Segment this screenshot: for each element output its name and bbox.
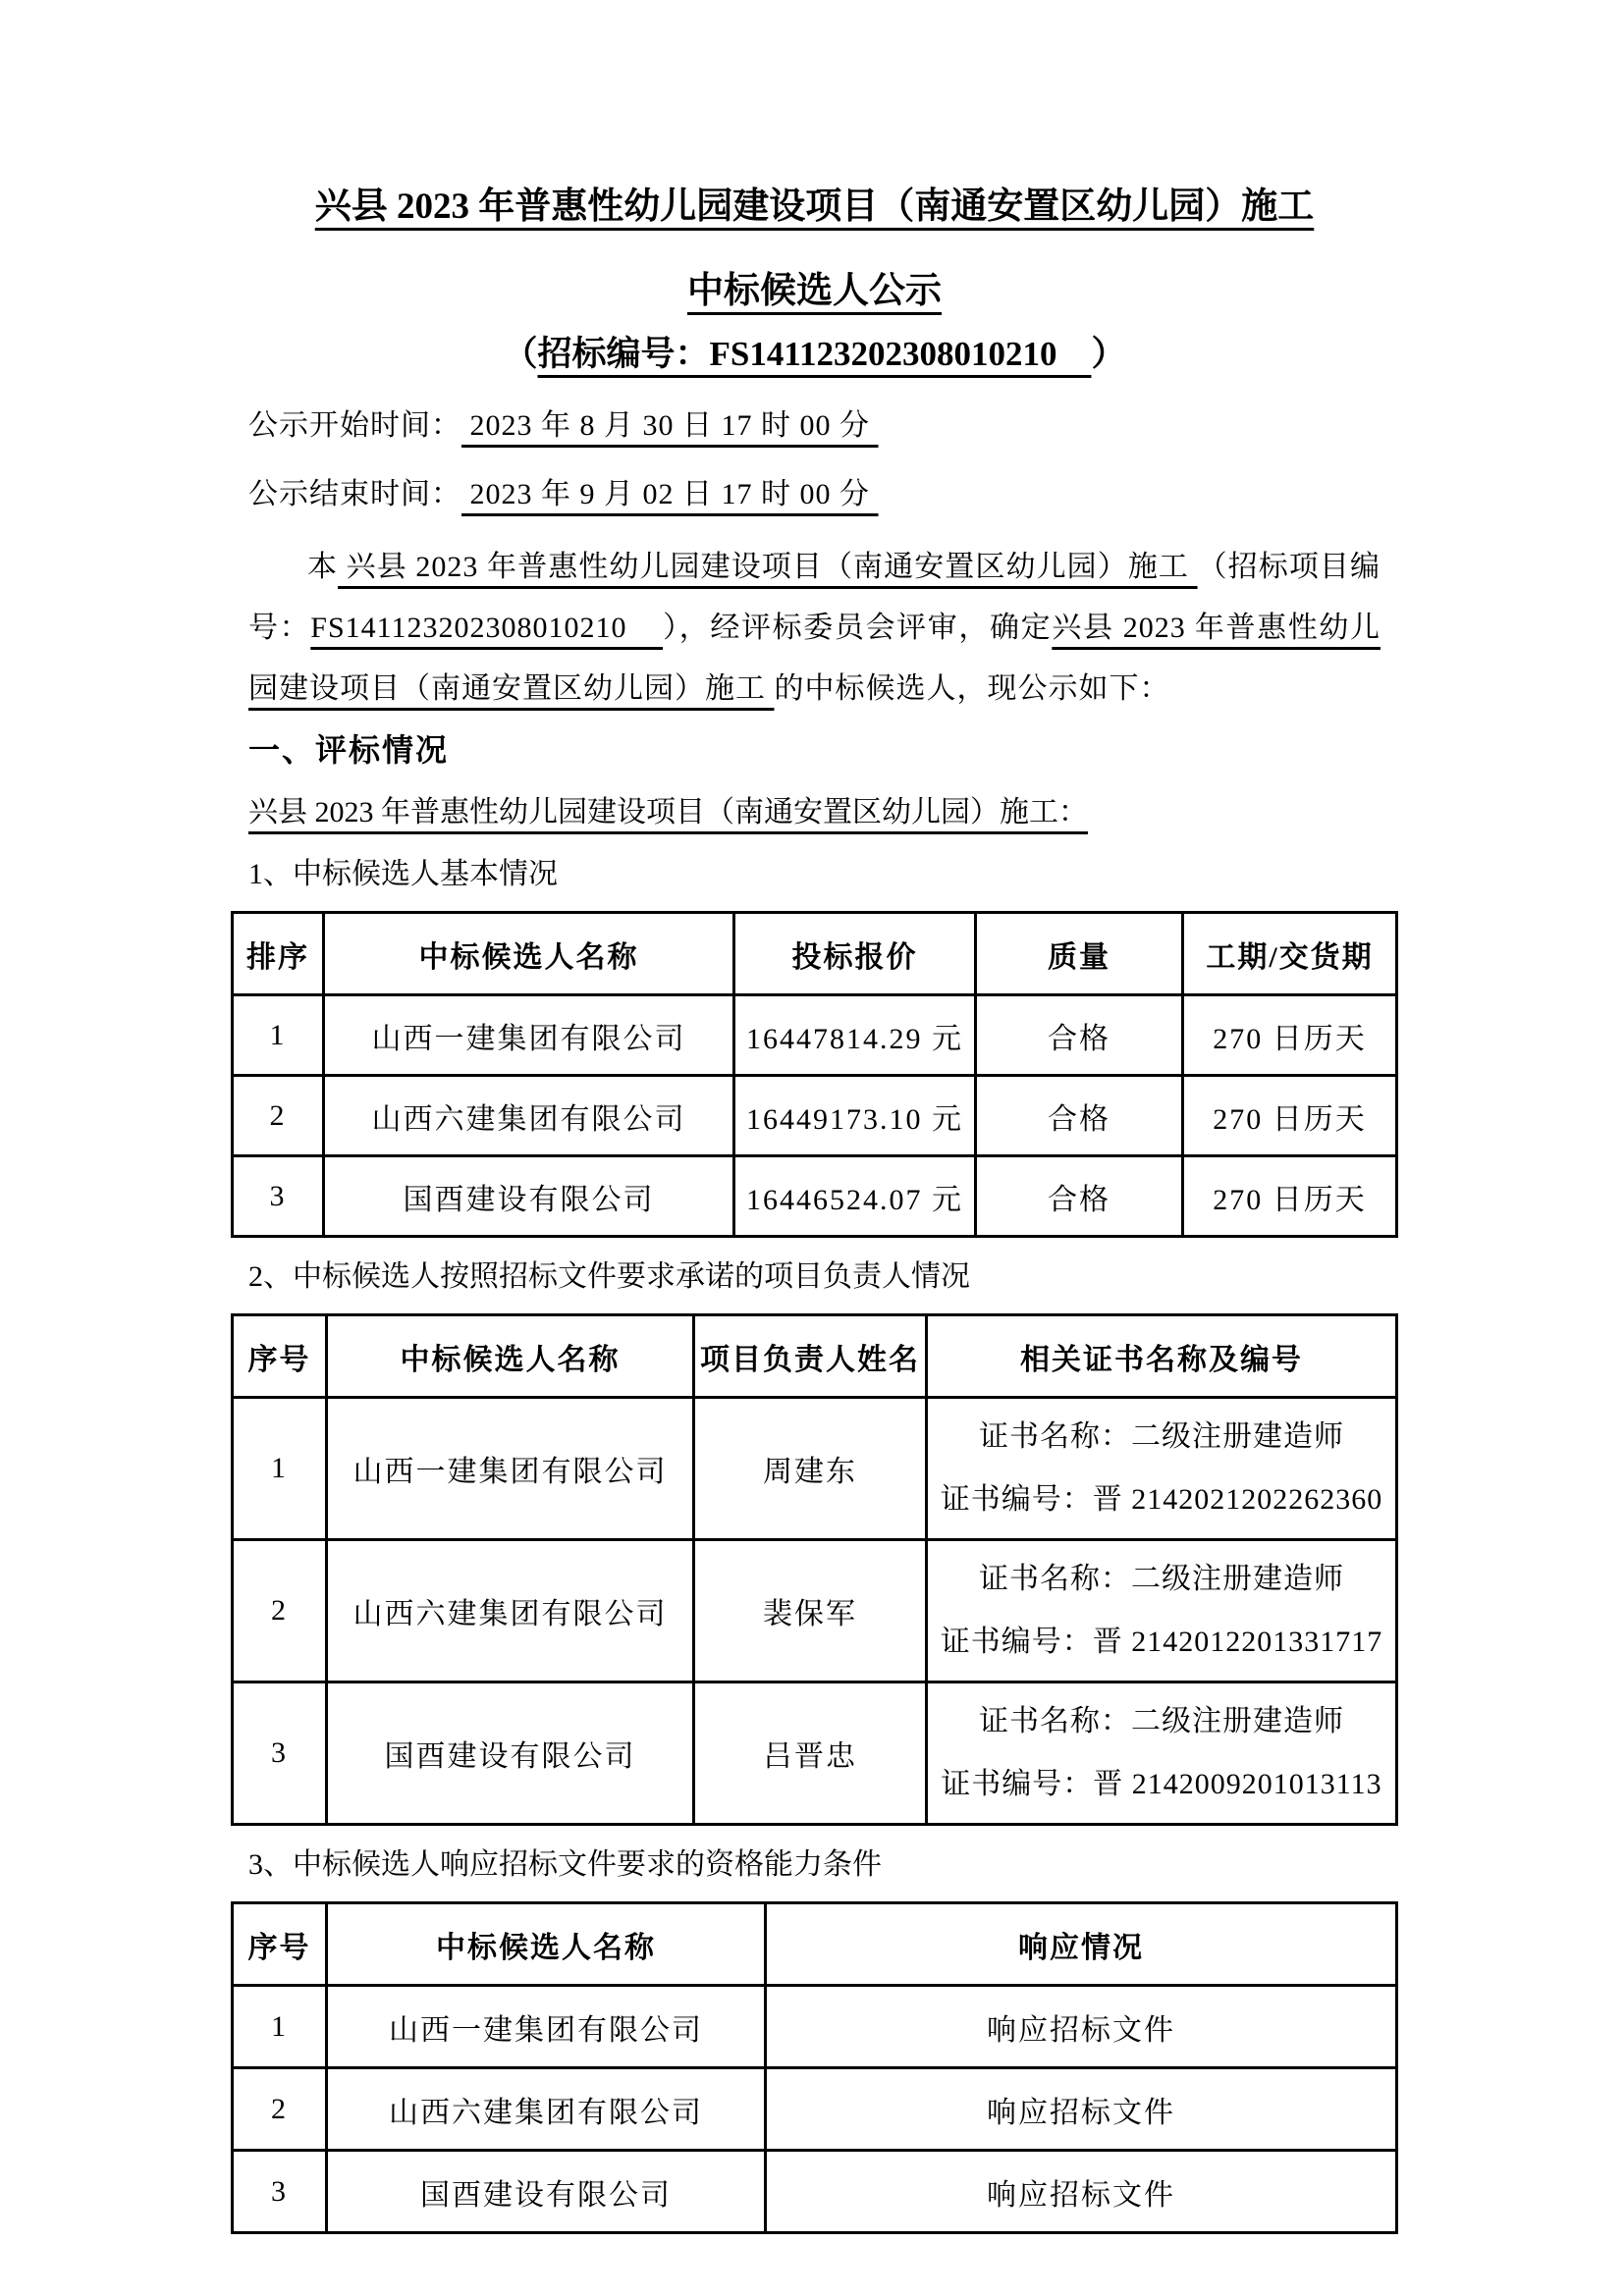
table-cell: 周建东 [694, 1398, 927, 1540]
certificate-line: 证书名称：二级注册建造师 [932, 1406, 1391, 1468]
bid-candidates-table: 排序中标候选人名称投标报价质量工期/交货期1山西一建集团有限公司16447814… [231, 911, 1398, 1238]
project-name-line: 兴县 2023 年普惠性幼儿园建设项目（南通安置区幼儿园）施工： [248, 790, 1380, 835]
column-header: 排序 [233, 913, 324, 995]
table-cell: 山西六建集团有限公司 [327, 1540, 694, 1682]
qualification-response-table: 序号中标候选人名称响应情况1山西一建集团有限公司响应招标文件2山西六建集团有限公… [231, 1901, 1398, 2234]
document-page: 兴县 2023 年普惠性幼儿园建设项目（南通安置区幼儿园）施工 中标候选人公示 … [0, 0, 1624, 2296]
intro-text: 的中标候选人，现公示如下： [775, 672, 1170, 705]
column-header: 工期/交货期 [1183, 913, 1397, 995]
table-row: 3国酉建设有限公司吕晋忠证书名称：二级注册建造师证书编号：晋 214200920… [233, 1682, 1397, 1825]
table-cell: 1 [233, 1986, 327, 2068]
column-header: 序号 [233, 1903, 327, 1986]
table-header-row: 序号中标候选人名称响应情况 [233, 1903, 1397, 1986]
column-header: 相关证书名称及编号 [927, 1315, 1397, 1398]
table-row: 2山西六建集团有限公司16449173.10 元合格270 日历天 [233, 1076, 1397, 1156]
column-header: 响应情况 [766, 1903, 1397, 1986]
table-cell: 16447814.29 元 [734, 995, 976, 1076]
section-heading-evaluation: 一、评标情况 [248, 727, 1380, 773]
table-cell: 吕晋忠 [694, 1682, 927, 1825]
table-cell: 合格 [976, 995, 1183, 1076]
table-cell: 合格 [976, 1076, 1183, 1156]
table-cell: 裴保军 [694, 1540, 927, 1682]
table-cell: 山西一建集团有限公司 [327, 1398, 694, 1540]
column-header: 投标报价 [734, 913, 976, 995]
table-row: 1山西一建集团有限公司响应招标文件 [233, 1986, 1397, 2068]
table-cell: 响应招标文件 [766, 2151, 1397, 2233]
table-header-row: 排序中标候选人名称投标报价质量工期/交货期 [233, 913, 1397, 995]
column-header: 序号 [233, 1315, 327, 1398]
table-header-row: 序号中标候选人名称项目负责人姓名相关证书名称及编号 [233, 1315, 1397, 1398]
table-cell: 3 [233, 1682, 327, 1825]
document-title-line2: 中标候选人公示 [248, 266, 1380, 317]
publicity-start-line: 公示开始时间： 2023 年 8 月 30 日 17 时 00 分 [248, 403, 1380, 449]
column-header: 项目负责人姓名 [694, 1315, 927, 1398]
project-managers-table: 序号中标候选人名称项目负责人姓名相关证书名称及编号1山西一建集团有限公司周建东证… [231, 1313, 1398, 1826]
intro-paragraph: 本 兴县 2023 年普惠性幼儿园建设项目（南通安置区幼儿园）施工 （招标项目编… [248, 537, 1380, 720]
publicity-end-label: 公示结束时间： [248, 478, 461, 510]
publicity-start-label: 公示开始时间： [248, 409, 461, 442]
table-cell: 国酉建设有限公司 [324, 1156, 734, 1237]
table-cell: 响应招标文件 [766, 2068, 1397, 2151]
certificate-line: 证书名称：二级注册建造师 [932, 1548, 1391, 1611]
column-header: 中标候选人名称 [324, 913, 734, 995]
table-cell: 3 [233, 1156, 324, 1237]
table-row: 2山西六建集团有限公司裴保军证书名称：二级注册建造师证书编号：晋 2142012… [233, 1540, 1397, 1682]
table-cell: 证书名称：二级注册建造师证书编号：晋 2142021202262360 [927, 1398, 1397, 1540]
table-cell: 270 日历天 [1183, 1156, 1397, 1237]
table-cell: 3 [233, 2151, 327, 2233]
table-cell: 响应招标文件 [766, 1986, 1397, 2068]
table-cell: 合格 [976, 1156, 1183, 1237]
table-cell: 2 [233, 2068, 327, 2151]
bid-number-text: 招标编号：FS141123202308010210 [538, 335, 1092, 373]
table-cell: 16449173.10 元 [734, 1076, 976, 1156]
table-cell: 1 [233, 1398, 327, 1540]
table-cell: 270 日历天 [1183, 995, 1397, 1076]
table-row: 1山西一建集团有限公司周建东证书名称：二级注册建造师证书编号：晋 2142021… [233, 1398, 1397, 1540]
document-title-line1: 兴县 2023 年普惠性幼儿园建设项目（南通安置区幼儿园）施工 [248, 182, 1380, 233]
bid-number-line: （招标编号：FS141123202308010210 ） [248, 329, 1380, 380]
publicity-start-value: 2023 年 8 月 30 日 17 时 00 分 [461, 409, 879, 442]
certificate-line: 证书编号：晋 2142021202262360 [932, 1468, 1391, 1531]
table-cell: 2 [233, 1076, 324, 1156]
table-cell: 2 [233, 1540, 327, 1682]
publicity-end-line: 公示结束时间： 2023 年 9 月 02 日 17 时 00 分 [248, 472, 1380, 517]
table-cell: 16446524.07 元 [734, 1156, 976, 1237]
intro-underlined-text: FS141123202308010210 [310, 612, 663, 644]
table-cell: 证书名称：二级注册建造师证书编号：晋 2142009201013113 [927, 1682, 1397, 1825]
project-name-underlined: 兴县 2023 年普惠性幼儿园建设项目（南通安置区幼儿园）施工： [248, 796, 1088, 828]
table-row: 2山西六建集团有限公司响应招标文件 [233, 2068, 1397, 2151]
subsection-2-heading: 2、中标候选人按照招标文件要求承诺的项目负责人情况 [248, 1255, 1380, 1300]
table-cell: 证书名称：二级注册建造师证书编号：晋 2142012201331717 [927, 1540, 1397, 1682]
table-row: 1山西一建集团有限公司16447814.29 元合格270 日历天 [233, 995, 1397, 1076]
table-cell: 山西六建集团有限公司 [324, 1076, 734, 1156]
intro-text: 本 [307, 551, 338, 583]
intro-text: ），经评标委员会评审，确定 [663, 612, 1052, 644]
certificate-line: 证书编号：晋 2142012201331717 [932, 1611, 1391, 1674]
column-header: 中标候选人名称 [327, 1903, 766, 1986]
table-cell: 国酉建设有限公司 [327, 2151, 766, 2233]
table-row: 3国酉建设有限公司响应招标文件 [233, 2151, 1397, 2233]
certificate-line: 证书编号：晋 2142009201013113 [932, 1753, 1391, 1816]
table-row: 3国酉建设有限公司16446524.07 元合格270 日历天 [233, 1156, 1397, 1237]
intro-underlined-text: 兴县 2023 年普惠性幼儿园建设项目（南通安置区幼儿园）施工 [338, 551, 1198, 583]
column-header: 质量 [976, 913, 1183, 995]
table-cell: 国酉建设有限公司 [327, 1682, 694, 1825]
table-cell: 山西一建集团有限公司 [327, 1986, 766, 2068]
certificate-line: 证书名称：二级注册建造师 [932, 1690, 1391, 1753]
table-cell: 山西六建集团有限公司 [327, 2068, 766, 2151]
publicity-end-value: 2023 年 9 月 02 日 17 时 00 分 [461, 478, 879, 510]
table-cell: 山西一建集团有限公司 [324, 995, 734, 1076]
subsection-1-heading: 1、中标候选人基本情况 [248, 852, 1380, 897]
column-header: 中标候选人名称 [327, 1315, 694, 1398]
table-cell: 270 日历天 [1183, 1076, 1397, 1156]
subsection-3-heading: 3、中标候选人响应招标文件要求的资格能力条件 [248, 1842, 1380, 1888]
bid-number-close-paren: ） [1091, 335, 1125, 373]
table-cell: 1 [233, 995, 324, 1076]
bid-number-open-paren: （ [504, 335, 538, 373]
